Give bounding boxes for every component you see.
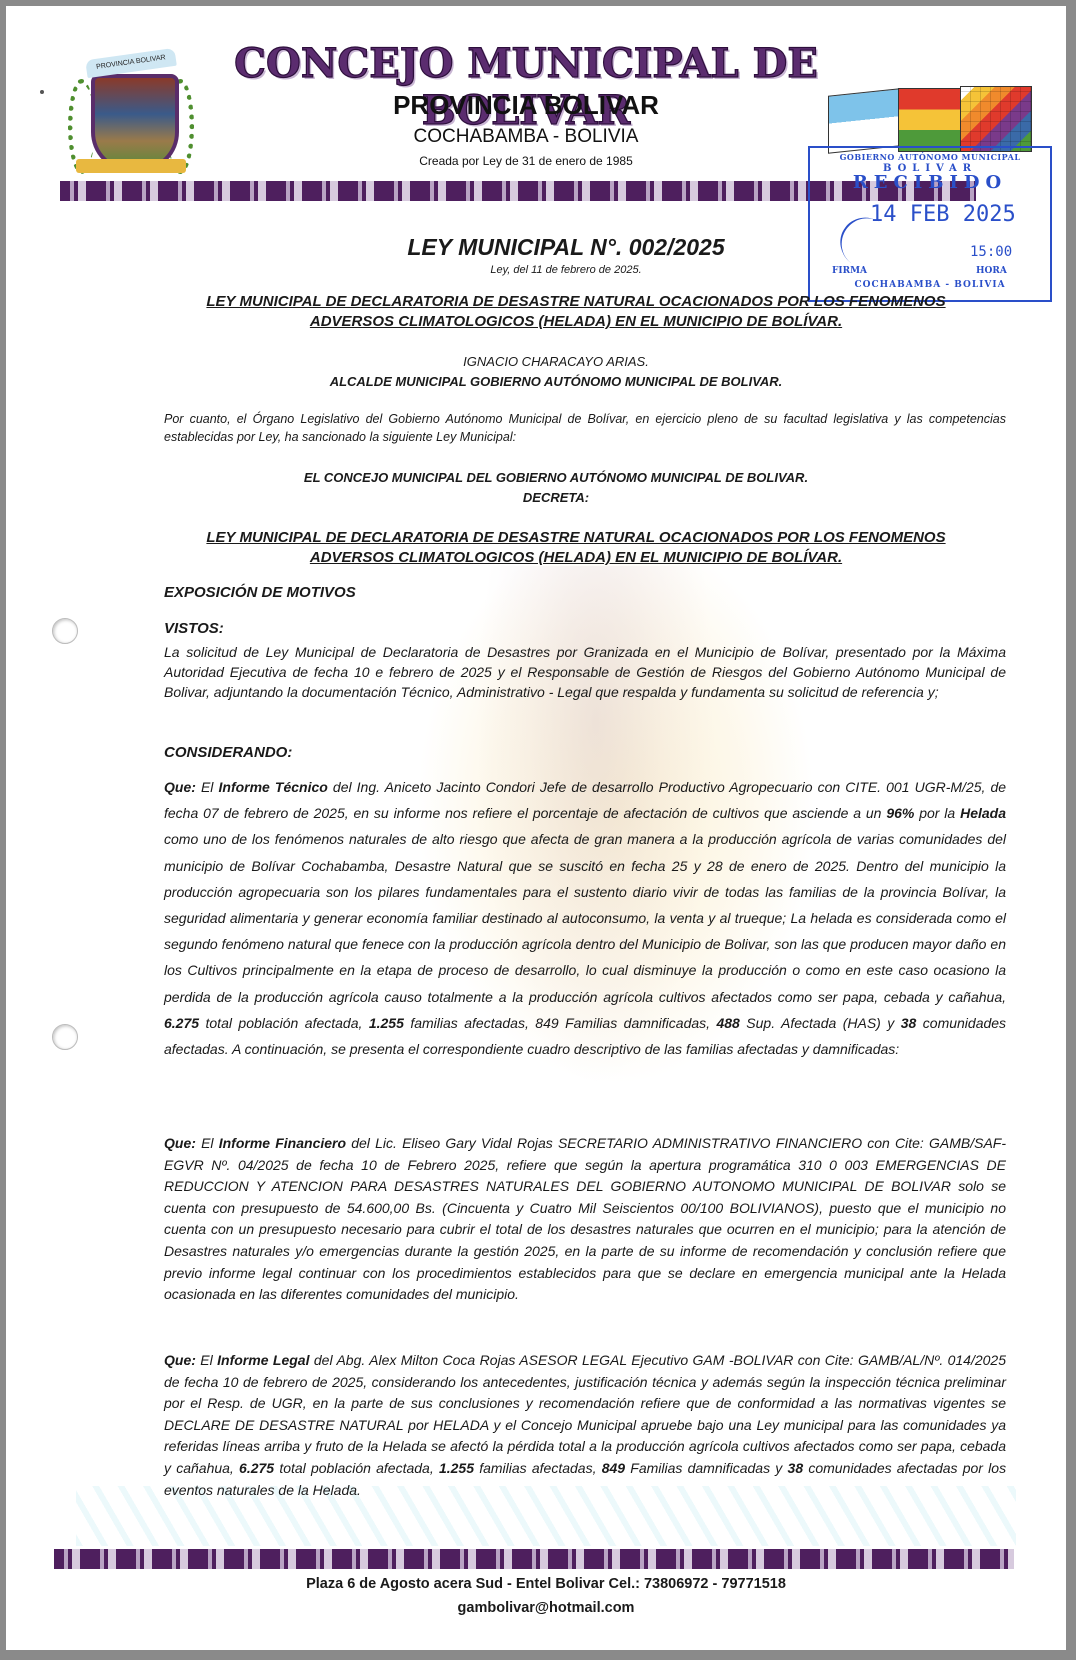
families-value: 1.255: [369, 1015, 404, 1031]
flags-icon: [828, 86, 1048, 152]
stamp-firma-label: FIRMA: [832, 266, 867, 276]
text: Familias damnificadas y: [630, 1460, 782, 1476]
legal-report-paragraph: Que: El Informe Legal del Abg. Alex Milt…: [164, 1350, 1006, 1501]
law-title-line-1: LEY MUNICIPAL DE DECLARATORIA DE DESASTR…: [146, 292, 1006, 312]
document-page: PROVINCIA BOLIVAR CONCEJO MUNICIPAL DE B…: [6, 6, 1066, 1650]
municipal-crest-icon: PROVINCIA BOLIVAR: [66, 54, 196, 174]
text: El: [201, 779, 213, 795]
text: familias afectadas,: [479, 1460, 596, 1476]
scan-speck: [40, 90, 44, 94]
vistos-paragraph: La solicitud de Ley Municipal de Declara…: [164, 642, 1006, 702]
motivos-heading: EXPOSICIÓN DE MOTIVOS: [164, 584, 356, 601]
text: Sup. Afectada (HAS) y: [746, 1015, 894, 1031]
text: El: [201, 1135, 213, 1151]
text: por la: [919, 805, 955, 821]
population-value: 6.275: [239, 1460, 274, 1476]
text: familias afectadas, 849 Familias damnifi…: [410, 1015, 710, 1031]
que-label: Que:: [164, 1352, 196, 1368]
technical-report-paragraph: Que: El Informe Técnico del Ing. Aniceto…: [164, 774, 1006, 1062]
text: del Lic. Eliseo Gary Vidal Rojas SECRETA…: [164, 1135, 1006, 1302]
province-flag-icon: [828, 88, 900, 154]
que-label: Que:: [164, 1135, 196, 1151]
text: total población afectada,: [206, 1015, 363, 1031]
que-label: Que:: [164, 779, 196, 795]
crest-ribbon: [76, 159, 186, 173]
law-title-line-1: LEY MUNICIPAL DE DECLARATORIA DE DESASTR…: [146, 528, 1006, 548]
considerando-heading: CONSIDERANDO:: [164, 744, 292, 761]
province-name: PROVINCIA BOLIVAR: [276, 90, 776, 121]
law-title-repeat: LEY MUNICIPAL DE DECLARATORIA DE DESASTR…: [146, 528, 1006, 568]
area-value: 488: [716, 1015, 739, 1031]
text: El: [200, 1352, 212, 1368]
stamp-hora-label: HORA: [976, 266, 1007, 276]
financial-report-paragraph: Que: El Informe Financiero del Lic. Elis…: [164, 1133, 1006, 1306]
stamp-organization: GOBIERNO AUTÓNOMO MUNICIPAL: [814, 152, 1046, 162]
damnified-value: 849: [602, 1460, 625, 1476]
law-title-line-2: ADVERSOS CLIMATOLOGICOS (HELADA) EN EL M…: [146, 548, 1006, 568]
families-value: 1.255: [439, 1460, 474, 1476]
bolivia-flag-icon: [898, 88, 962, 152]
text: del Abg. Alex Milton Coca Rojas ASESOR L…: [164, 1352, 1006, 1476]
council-decree: EL CONCEJO MUNICIPAL DEL GOBIERNO AUTÓNO…: [206, 468, 906, 508]
helada-term: Helada: [960, 805, 1006, 821]
stamp-time: 15:00: [970, 244, 1012, 260]
report-name: Informe Financiero: [219, 1135, 346, 1151]
mayor-name: IGNACIO CHARACAYO ARIAS.: [306, 354, 806, 369]
law-number: LEY MUNICIPAL N°. 002/2025: [306, 234, 826, 261]
decorative-band-bottom: [54, 1549, 1014, 1569]
decreta-label: DECRETA:: [206, 488, 906, 508]
creation-note: Creada por Ley de 31 de enero de 1985: [276, 154, 776, 168]
text: total población afectada,: [279, 1460, 433, 1476]
wiphala-flag-icon: [960, 86, 1032, 152]
communities-value: 38: [788, 1460, 804, 1476]
region-name: COCHABAMBA - BOLIVIA: [276, 126, 776, 148]
footer-address: Plaza 6 de Agosto acera Sud - Entel Boli…: [206, 1576, 886, 1592]
footer-email: gambolivar@hotmail.com: [206, 1600, 886, 1616]
stamp-date: 14 FEB 2025: [870, 202, 1030, 227]
punch-hole: [52, 1024, 78, 1050]
percent-value: 96%: [886, 805, 914, 821]
council-name: EL CONCEJO MUNICIPAL DEL GOBIERNO AUTÓNO…: [206, 468, 906, 488]
stamp-city: COCHABAMBA - BOLIVIA: [814, 280, 1046, 290]
text: como uno de los fenómenos naturales de a…: [164, 831, 1006, 1004]
report-name: Informe Técnico: [219, 779, 328, 795]
mayor-title: ALCALDE MUNICIPAL GOBIERNO AUTÓNOMO MUNI…: [206, 374, 906, 389]
received-stamp: GOBIERNO AUTÓNOMO MUNICIPAL BOLIVAR RECI…: [808, 146, 1052, 302]
vistos-heading: VISTOS:: [164, 620, 224, 637]
shield-icon: [91, 74, 179, 172]
law-title: LEY MUNICIPAL DE DECLARATORIA DE DESASTR…: [146, 292, 1006, 332]
punch-hole: [52, 618, 78, 644]
communities-value: 38: [901, 1015, 917, 1031]
stamp-received: RECIBIDO: [814, 172, 1046, 193]
law-date: Ley, del 11 de febrero de 2025.: [306, 264, 826, 276]
law-title-line-2: ADVERSOS CLIMATOLOGICOS (HELADA) EN EL M…: [146, 312, 1006, 332]
report-name: Informe Legal: [217, 1352, 309, 1368]
intro-paragraph: Por cuanto, el Órgano Legislativo del Go…: [164, 410, 1006, 446]
population-value: 6.275: [164, 1015, 199, 1031]
